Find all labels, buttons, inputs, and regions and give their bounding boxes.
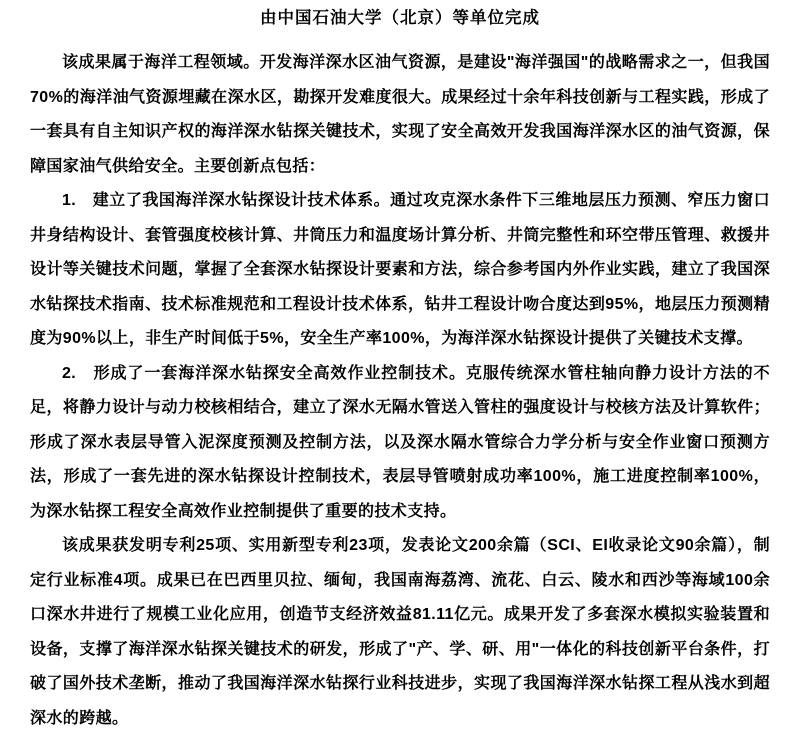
paragraph-innovation-1: 1. 建立了我国海洋深水钻探设计技术体系。通过攻克深水条件下三维地层压力预测、窄… — [30, 184, 770, 357]
paragraph-intro: 该成果属于海洋工程领域。开发海洋深水区油气资源，是建设"海洋强国"的战略需求之一… — [30, 46, 770, 184]
paragraph-achievements: 该成果获发明专利25项、实用新型专利23项，发表论文200余篇（SCI、EI收录… — [30, 529, 770, 736]
document-page: 由中国石油大学（北京）等单位完成 该成果属于海洋工程领域。开发海洋深水区油气资源… — [0, 0, 800, 741]
paragraph-innovation-2: 2. 形成了一套海洋深水钻探安全高效作业控制技术。克服传统深水管柱轴向静力设计方… — [30, 357, 770, 530]
document-title: 由中国石油大学（北京）等单位完成 — [30, 6, 770, 30]
